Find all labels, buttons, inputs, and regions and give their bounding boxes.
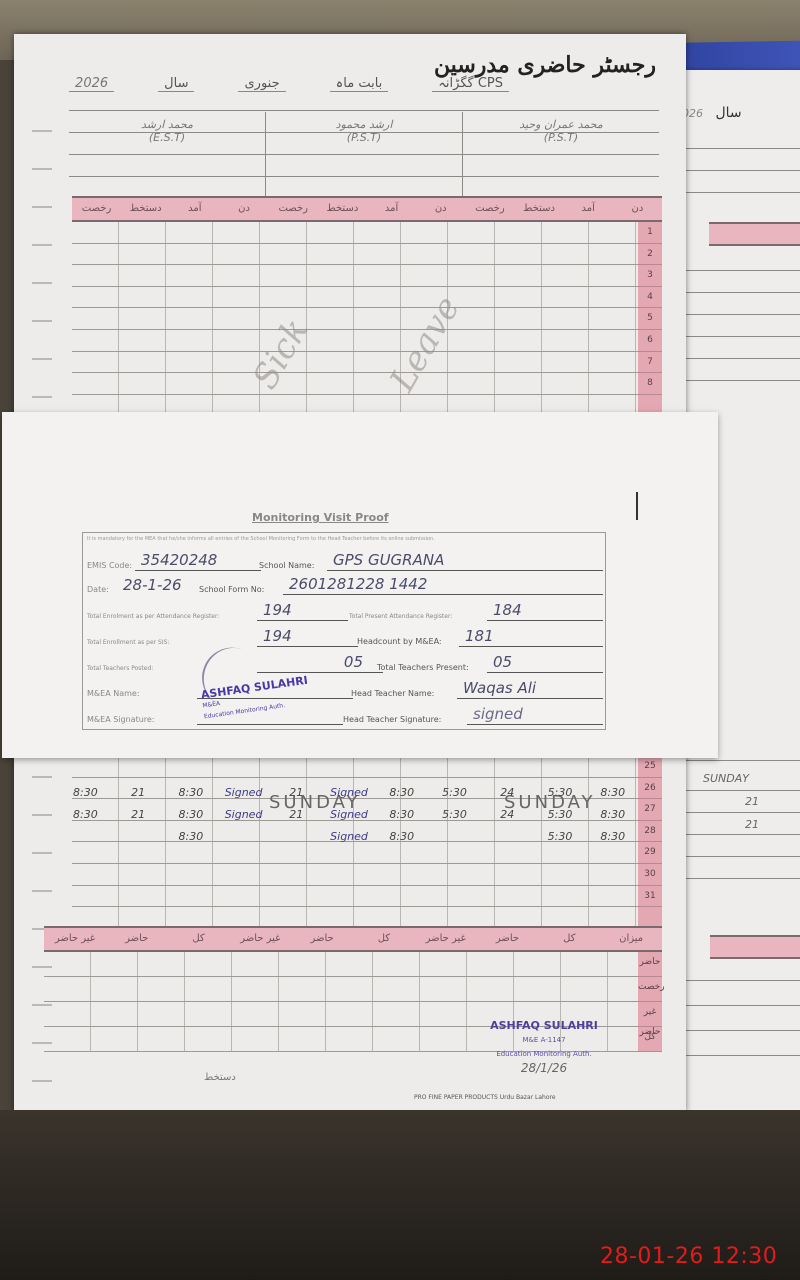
teachers-posted-field[interactable]: 05 <box>257 654 383 673</box>
form-row-date: Date: 28-1-26 School Form No: 2601281228… <box>87 575 603 597</box>
rule <box>69 176 659 177</box>
year-label: سال <box>158 76 194 92</box>
day-number: 26 <box>638 778 662 800</box>
month-label: بابت ماہ <box>330 76 389 92</box>
rule <box>680 834 800 835</box>
summary-label: حاضر <box>638 952 662 977</box>
rule <box>680 380 800 381</box>
day-number: 25 <box>638 756 662 778</box>
day-number: 6 <box>638 330 662 352</box>
slip-mark <box>636 492 638 520</box>
school-form-no-label: School Form No: <box>199 585 264 594</box>
stamp-role: M&E A-1147 <box>469 1033 619 1047</box>
attendance-entry-row: 8:30218:30Signed21Signed8:305:30245:308:… <box>59 808 639 830</box>
date-label: Date: <box>87 585 109 594</box>
rule <box>69 154 659 155</box>
slip-title: Monitoring Visit Proof <box>252 511 389 524</box>
teacher-name: محمد عمران وحید <box>463 118 659 131</box>
rule <box>680 192 800 193</box>
register-header-line: CPS گگڑانہ بابت ماہ جنوری سال 2026 <box>69 62 509 92</box>
rule <box>680 292 800 293</box>
column-header: دن <box>219 198 268 220</box>
column-header: دستخط <box>514 198 563 220</box>
day-number: 7 <box>638 352 662 374</box>
right-entry: 21 <box>745 818 759 831</box>
day-number: 3 <box>638 265 662 287</box>
year-value: 2026 <box>69 76 114 92</box>
attendance-entry-row: 8:30Signed8:305:308:30 <box>59 830 639 852</box>
summary-header: کل <box>353 928 415 950</box>
right-pink-footer <box>710 935 800 959</box>
form-row-enrolment: Total Enrolment as per Attendance Regist… <box>87 601 603 623</box>
day-number: 30 <box>638 864 662 886</box>
printer-footer: PRO FINE PAPER PRODUCTS Urdu Bazar Lahor… <box>414 1094 556 1101</box>
column-header: دن <box>416 198 465 220</box>
mea-signature-label: M&EA Signature: <box>87 715 155 724</box>
month-value: جنوری <box>238 76 285 92</box>
teacher-name: ارشد محمود <box>266 118 462 131</box>
rule <box>680 170 800 171</box>
camera-timestamp: 28-01-26 12:30 <box>600 1244 777 1269</box>
day-number-column: 1 2 3 4 5 6 7 8 <box>638 222 662 412</box>
summary-header: کل <box>168 928 230 950</box>
day-number: 2 <box>638 244 662 266</box>
rule <box>680 148 800 149</box>
day-number: 31 <box>638 886 662 908</box>
mea-name-label: M&EA Name: <box>87 689 140 698</box>
form-row-names: M&EA Name: Head Teacher Name: Waqas Ali <box>87 679 603 701</box>
teacher-name: محمد ارشد <box>69 118 265 131</box>
rule <box>680 878 800 879</box>
head-teacher-signature-field[interactable]: signed <box>467 706 603 725</box>
rule <box>69 110 659 111</box>
stamp-name: ASHFAQ SULAHRI <box>490 1019 598 1032</box>
rule <box>680 358 800 359</box>
teacher-column: ارشد محمود (P.S.T) <box>265 112 462 202</box>
day-number: 8 <box>638 373 662 395</box>
rule <box>680 1030 800 1031</box>
right-year-label: سال <box>715 105 741 121</box>
attendance-grid-top <box>72 222 640 416</box>
form-instruction: It is mandatory for the MEA that he/she … <box>83 533 605 545</box>
rule <box>680 812 800 813</box>
emis-code-field[interactable]: 35420248 <box>135 552 261 571</box>
summary-label-column: حاضر رخصت غیر حاضر کل <box>638 952 662 1052</box>
column-header-row: دن آمد دستخط رخصت دن آمد دستخط رخصت دن آ… <box>72 196 662 222</box>
stamp-org: Education Monitoring Auth. <box>469 1047 619 1061</box>
rule <box>680 980 800 981</box>
rule <box>680 314 800 315</box>
stamp-date: 28/1/26 <box>469 1061 619 1075</box>
day-number: 5 <box>638 308 662 330</box>
summary-label: غیر حاضر <box>638 1002 662 1027</box>
summary-header: حاضر <box>477 928 539 950</box>
teacher-header: محمد عمران وحید (P.S.T) ارشد محمود (P.S.… <box>69 112 659 202</box>
right-entry: 21 <box>745 795 759 808</box>
school-name-label: School Name: <box>259 561 314 570</box>
form-row-emis: EMIS Code: 35420248 School Name: GPS GUG… <box>87 551 603 573</box>
rule <box>680 760 800 761</box>
head-teacher-signature-label: Head Teacher Signature: <box>343 715 441 724</box>
school-form-no-field[interactable]: 2601281228 1442 <box>283 576 603 595</box>
column-header: رخصت <box>465 198 514 220</box>
head-teacher-name-label: Head Teacher Name: <box>351 689 434 698</box>
summary-label: رخصت <box>638 977 662 1002</box>
school-name: CPS گگڑانہ <box>432 76 509 92</box>
day-number: 27 <box>638 799 662 821</box>
emis-code-label: EMIS Code: <box>87 561 132 570</box>
visit-proof-form: It is mandatory for the MEA that he/she … <box>82 532 606 730</box>
rule <box>69 132 659 133</box>
summary-header: کل <box>538 928 600 950</box>
headcount-field[interactable]: 181 <box>459 628 603 647</box>
form-row-signatures: M&EA Signature: Head Teacher Signature: … <box>87 705 603 727</box>
rule <box>680 270 800 271</box>
enrolment-register-label: Total Enrolment as per Attendance Regist… <box>87 613 219 620</box>
day-number: 29 <box>638 842 662 864</box>
present-register-label: Total Present Attendance Register: <box>349 613 452 620</box>
teachers-present-field[interactable]: 05 <box>487 654 603 673</box>
summary-header: غیر حاضر <box>415 928 477 950</box>
column-header: آمد <box>170 198 219 220</box>
form-row-teachers: Total Teachers Posted: 05 Total Teachers… <box>87 653 603 675</box>
column-header: آمد <box>367 198 416 220</box>
right-sunday: SUNDAY <box>703 772 749 785</box>
day-number: 28 <box>638 821 662 843</box>
teacher-column: محمد عمران وحید (P.S.T) <box>462 112 659 202</box>
headcount-label: Headcount by M&EA: <box>357 637 442 646</box>
column-header: دستخط <box>318 198 367 220</box>
head-teacher-name-field[interactable]: Waqas Ali <box>457 680 603 699</box>
right-pink-header <box>709 222 800 246</box>
summary-header: میزان <box>600 928 662 950</box>
teacher-column: محمد ارشد (E.S.T) <box>69 112 265 202</box>
present-register-field[interactable]: 184 <box>487 602 603 621</box>
rule <box>680 856 800 857</box>
rule <box>680 1055 800 1056</box>
summary-header-row: میزان کل حاضر غیر حاضر کل حاضر غیر حاضر … <box>44 926 662 952</box>
footer-signature: دستخط <box>204 1072 236 1083</box>
column-header: دن <box>613 198 662 220</box>
date-field[interactable]: 28-1-26 <box>117 577 203 595</box>
enrolment-sis-field[interactable]: 194 <box>257 628 358 647</box>
teachers-present-label: Total Teachers Present: <box>377 663 469 672</box>
rule <box>680 336 800 337</box>
summary-header: غیر حاضر <box>44 928 106 950</box>
column-header: آمد <box>564 198 613 220</box>
day-number: 4 <box>638 287 662 309</box>
school-name-field[interactable]: GPS GUGRANA <box>327 552 603 571</box>
column-header: دستخط <box>121 198 170 220</box>
column-header: رخصت <box>72 198 121 220</box>
column-header: رخصت <box>269 198 318 220</box>
enrolment-register-field[interactable]: 194 <box>257 602 348 621</box>
attendance-entry-row: 8:30218:30Signed21Signed8:305:30245:308:… <box>59 786 639 808</box>
summary-header: غیر حاضر <box>229 928 291 950</box>
rule <box>680 790 800 791</box>
summary-header: حاضر <box>291 928 353 950</box>
official-stamp: ASHFAQ SULAHRI M&E A-1147 Education Moni… <box>469 1019 619 1075</box>
form-row-sis: Total Enrollment as per SIS: 194 Headcou… <box>87 627 603 649</box>
teachers-posted-label: Total Teachers Posted: <box>87 665 153 672</box>
day-number-column: 25 26 27 28 29 30 31 <box>638 756 662 926</box>
summary-header: حاضر <box>106 928 168 950</box>
day-number: 1 <box>638 222 662 244</box>
enrolment-sis-label: Total Enrollment as per SIS: <box>87 639 169 646</box>
monitoring-visit-proof-slip: Monitoring Visit Proof It is mandatory f… <box>2 412 718 758</box>
rule <box>680 1005 800 1006</box>
